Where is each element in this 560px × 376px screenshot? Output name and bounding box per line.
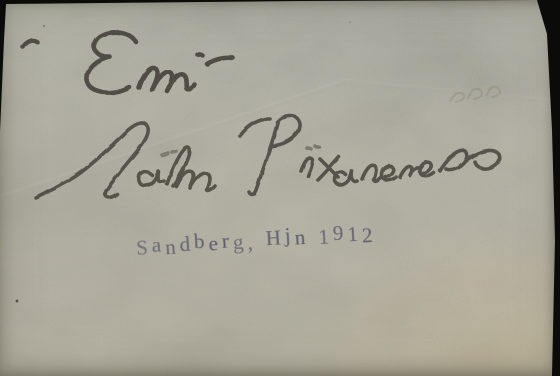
scanned-card-photo: Sandberg, Hjn 1912 [0,0,560,376]
handwriting-line1 [23,32,233,92]
faint-scribble [450,87,499,102]
paper: Sandberg, Hjn 1912 [0,0,560,376]
handwriting-layer [0,0,560,376]
handwriting-line2 [36,115,500,198]
paper-specks [16,21,351,302]
